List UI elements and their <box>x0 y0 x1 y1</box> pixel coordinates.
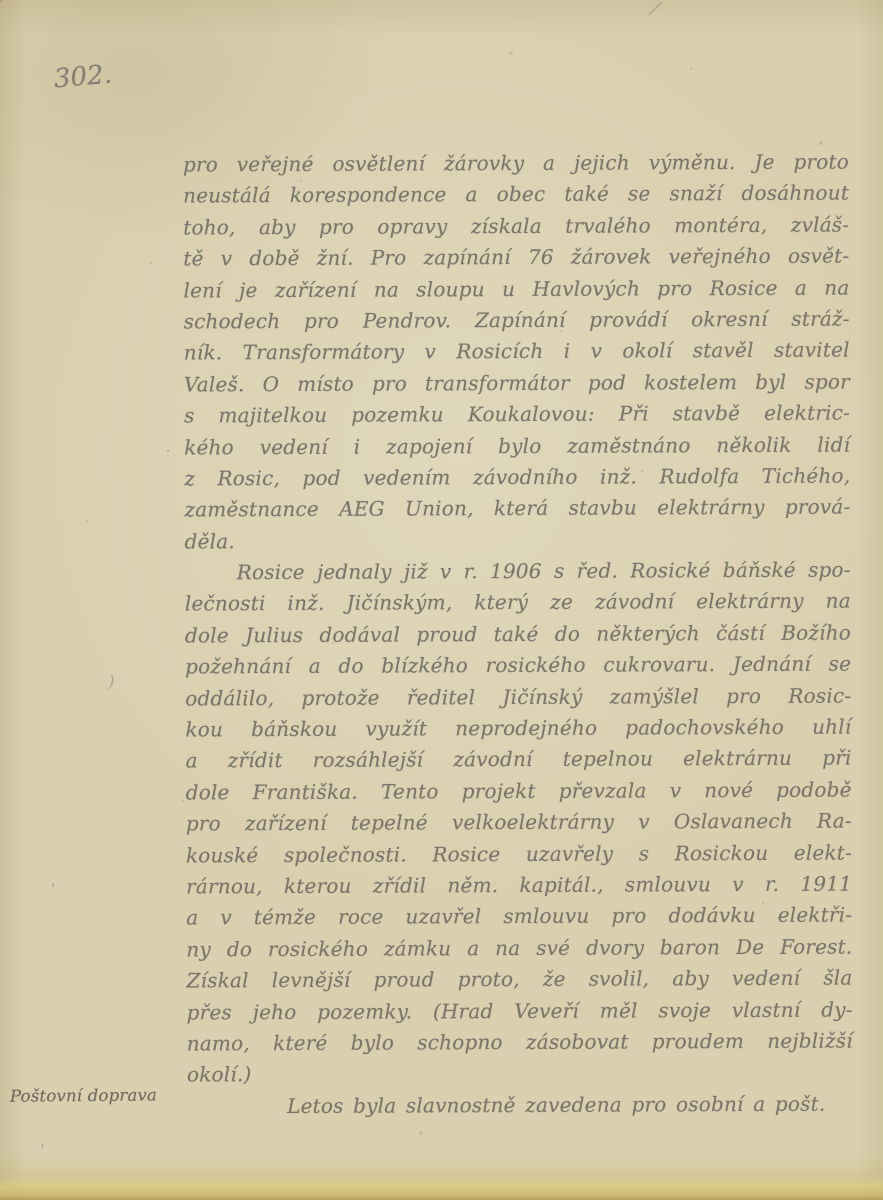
margin-note: Poštovní doprava <box>10 1085 180 1105</box>
text-line: schodech pro Pendrov. Zapínání provádí o… <box>184 304 850 338</box>
scanned-paper-page: 302. / · ) ' ' pro veřejné osvětlení žár… <box>0 0 883 1200</box>
text-line: rárnou, kterou zřídil něm. kapitál., sml… <box>186 869 852 903</box>
handwritten-text-block: pro veřejné osvětlení žárovky a jejich v… <box>183 147 853 1123</box>
stray-pen-mark: / <box>648 0 662 20</box>
text-line: toho, aby pro opravy získala trvalého mo… <box>183 209 849 243</box>
text-line: dole Julius dodával proud také do někter… <box>185 617 851 651</box>
text-line: lení je zařízení na sloupu u Havlových p… <box>183 272 849 306</box>
text-line: okolí.) <box>187 1057 853 1091</box>
text-line: přes jeho pozemky. (Hrad Veveří měl svoj… <box>187 994 853 1028</box>
text-line: z Rosic, pod vedením závodního inž. Rudo… <box>184 460 850 494</box>
page-number: 302. <box>53 60 113 95</box>
text-line: a zřídit rozsáhlejší závodní tepelnou el… <box>185 743 851 777</box>
text-line: pro zařízení tepelné velkoelektrárny v O… <box>186 806 852 840</box>
text-line: Získal levnější proud proto, že svolil, … <box>186 963 852 997</box>
text-line: lečnosti inž. Jičínským, který ze závodn… <box>185 586 851 620</box>
stray-pen-mark: · <box>166 444 170 459</box>
text-line: ník. Transformátory v Rosicích i v okolí… <box>184 335 850 369</box>
stray-pen-mark: ) <box>108 672 115 692</box>
text-line: ny do rosického zámku a na své dvory bar… <box>186 931 852 965</box>
text-line: zaměstnance AEG Union, která stavbu elek… <box>184 492 850 526</box>
text-line-paragraph-start: Letos byla slavnostně zavedena pro osobn… <box>187 1088 853 1122</box>
text-line: neustálá korespondence a obec také se sn… <box>183 178 849 212</box>
text-line: děla. <box>185 523 851 557</box>
text-line: pro veřejné osvětlení žárovky a jejich v… <box>183 147 849 181</box>
paper-specks <box>0 0 2 2</box>
text-line: a v témže roce uzavřel smlouvu pro dodáv… <box>186 900 852 934</box>
paper-bottom-edge <box>0 1176 883 1200</box>
text-line: kého vedení i zapojení bylo zaměstnáno n… <box>184 429 850 463</box>
text-line-paragraph-start: Rosice jednaly již v r. 1906 s řed. Rosi… <box>185 555 851 589</box>
text-line: kouské společnosti. Rosice uzavřely s Ro… <box>186 837 852 871</box>
text-line: kou báňskou využít neprodejného padochov… <box>185 712 851 746</box>
text-line: s majitelkou pozemku Koukalovou: Při sta… <box>184 398 850 432</box>
text-line: namo, které bylo schopno zásobovat proud… <box>187 1025 853 1059</box>
stray-pen-mark: ' <box>39 1142 45 1158</box>
text-line: oddálilo, protože ředitel Jičínský zamýš… <box>185 680 851 714</box>
text-line: tě v době žní. Pro zapínání 76 žárovek v… <box>183 241 849 275</box>
text-line: Valeš. O místo pro transformátor pod kos… <box>184 366 850 400</box>
stray-pen-mark: ' <box>48 880 56 898</box>
text-line: dole Františka. Tento projekt převzala v… <box>186 774 852 808</box>
text-line: požehnání a do blízkého rosického cukrov… <box>185 649 851 683</box>
